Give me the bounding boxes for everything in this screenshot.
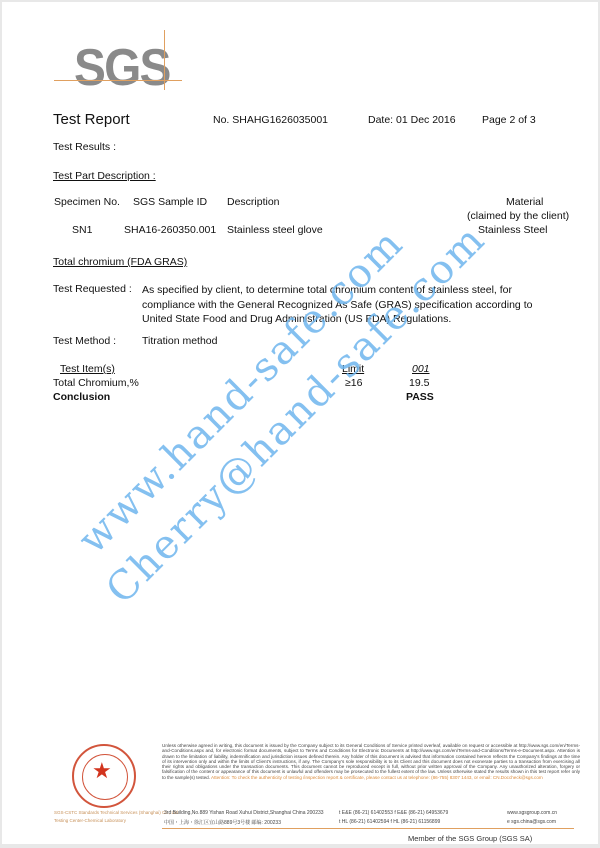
header-sample-001: 001	[412, 363, 430, 375]
cell-result: 19.5	[409, 377, 429, 389]
header-sample-id: SGS Sample ID	[133, 196, 207, 208]
report-page: SGS Test Report No. SHAHG1626035001 Date…	[2, 2, 598, 844]
report-number: No. SHAHG1626035001	[213, 114, 328, 126]
seal-center-name: Testing Center-Chemical Laboratory	[54, 818, 126, 823]
header-material: Material	[506, 196, 543, 208]
cell-sample-id: SHA16-260350.001	[124, 224, 216, 236]
seal-company-name: SGS-CSTC Standards Technical Services (S…	[54, 810, 179, 815]
header-test-items: Test Item(s)	[60, 363, 115, 375]
section-title: Total chromium (FDA GRAS)	[53, 256, 187, 268]
header-material-note: (claimed by the client)	[467, 210, 569, 222]
star-icon: ★	[92, 760, 112, 782]
email-link[interactable]: e sgs.china@sgs.com	[507, 819, 556, 825]
footer-divider	[162, 828, 574, 829]
conclusion-label: Conclusion	[53, 391, 110, 403]
report-date: Date: 01 Dec 2016	[368, 114, 456, 126]
sgs-logo: SGS	[74, 42, 170, 94]
member-text: Member of the SGS Group (SGS SA)	[408, 834, 532, 843]
logo-crosshair-horizontal	[54, 80, 182, 81]
header-description: Description	[227, 196, 280, 208]
phone-ee: t E&E (86-21) 61402553 f E&E (86-21) 649…	[339, 810, 448, 816]
test-part-description-label: Test Part Description :	[53, 170, 156, 182]
test-method-label: Test Method :	[53, 335, 116, 347]
test-results-label: Test Results :	[53, 141, 116, 153]
phone-hl: t HL (86-21) 61402594 f HL (86-21) 61156…	[339, 819, 440, 825]
cell-description: Stainless steel glove	[227, 224, 323, 236]
page-number: Page 2 of 3	[482, 114, 536, 126]
watermark-website: www.hand-safe.com	[69, 220, 412, 563]
test-requested-label: Test Requested :	[53, 283, 132, 295]
cell-test-item: Total Chromium,%	[53, 377, 139, 389]
test-method-text: Titration method	[142, 335, 217, 347]
company-seal: ★	[72, 744, 136, 808]
website-link[interactable]: www.sgsgroup.com.cn	[507, 810, 557, 816]
watermark-email: Cherry@hand-safe.com	[97, 216, 494, 613]
logo-crosshair-vertical	[164, 30, 165, 90]
terms-fine-print: Unless otherwise agreed in writing, this…	[162, 743, 580, 780]
header-specimen-no: Specimen No.	[54, 196, 120, 208]
cell-material: Stainless Steel	[478, 224, 547, 236]
conclusion-value: PASS	[406, 391, 434, 403]
cell-specimen: SN1	[72, 224, 92, 236]
address-cn: 中国・上海・徐汇区宜山路889号3号楼 邮编: 200233	[164, 819, 281, 826]
report-title: Test Report	[53, 111, 130, 128]
authenticity-notice: Attention: To check the authenticity of …	[211, 775, 543, 780]
address-en: 3rd Building,No.889 Yishan Road Xuhui Di…	[164, 810, 324, 816]
